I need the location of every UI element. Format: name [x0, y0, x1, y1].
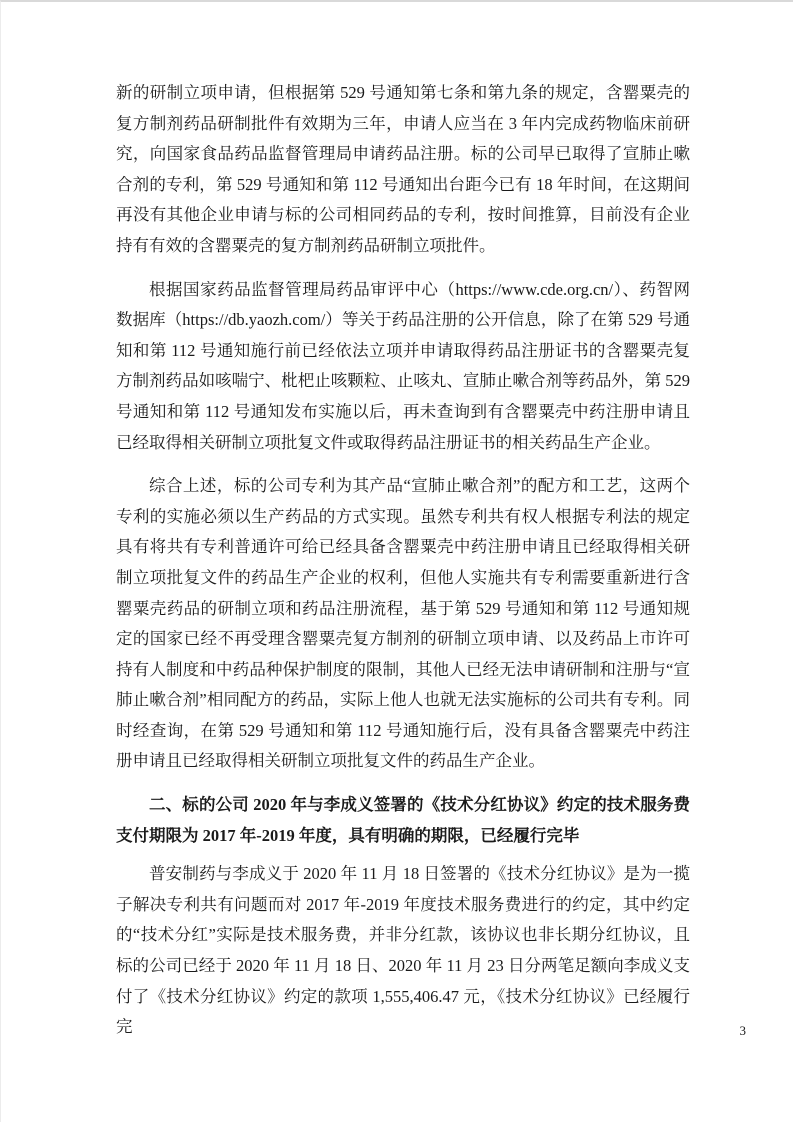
page-number: 3 — [740, 1022, 747, 1040]
document-page: 新的研制立项申请，但根据第 529 号通知第七条和第九条的规定，含罂粟壳的复方制… — [0, 0, 793, 1122]
section-heading: 二、标的公司 2020 年与李成义签署的《技术分红协议》约定的技术服务费支付期限… — [116, 790, 690, 851]
body-paragraph-continuation: 新的研制立项申请，但根据第 529 号通知第七条和第九条的规定，含罂粟壳的复方制… — [116, 78, 690, 262]
body-paragraph-agreement: 普安制药与李成义于 2020 年 11 月 18 日签署的《技术分红协议》是为一… — [116, 859, 690, 1043]
body-paragraph-registration-info: 根据国家药品监督管理局药品审评中心（https://www.cde.org.cn… — [116, 275, 690, 459]
body-paragraph-summary: 综合上述，标的公司专利为其产品“宣肺止嗽合剂”的配方和工艺，这两个专利的实施必须… — [116, 471, 690, 777]
